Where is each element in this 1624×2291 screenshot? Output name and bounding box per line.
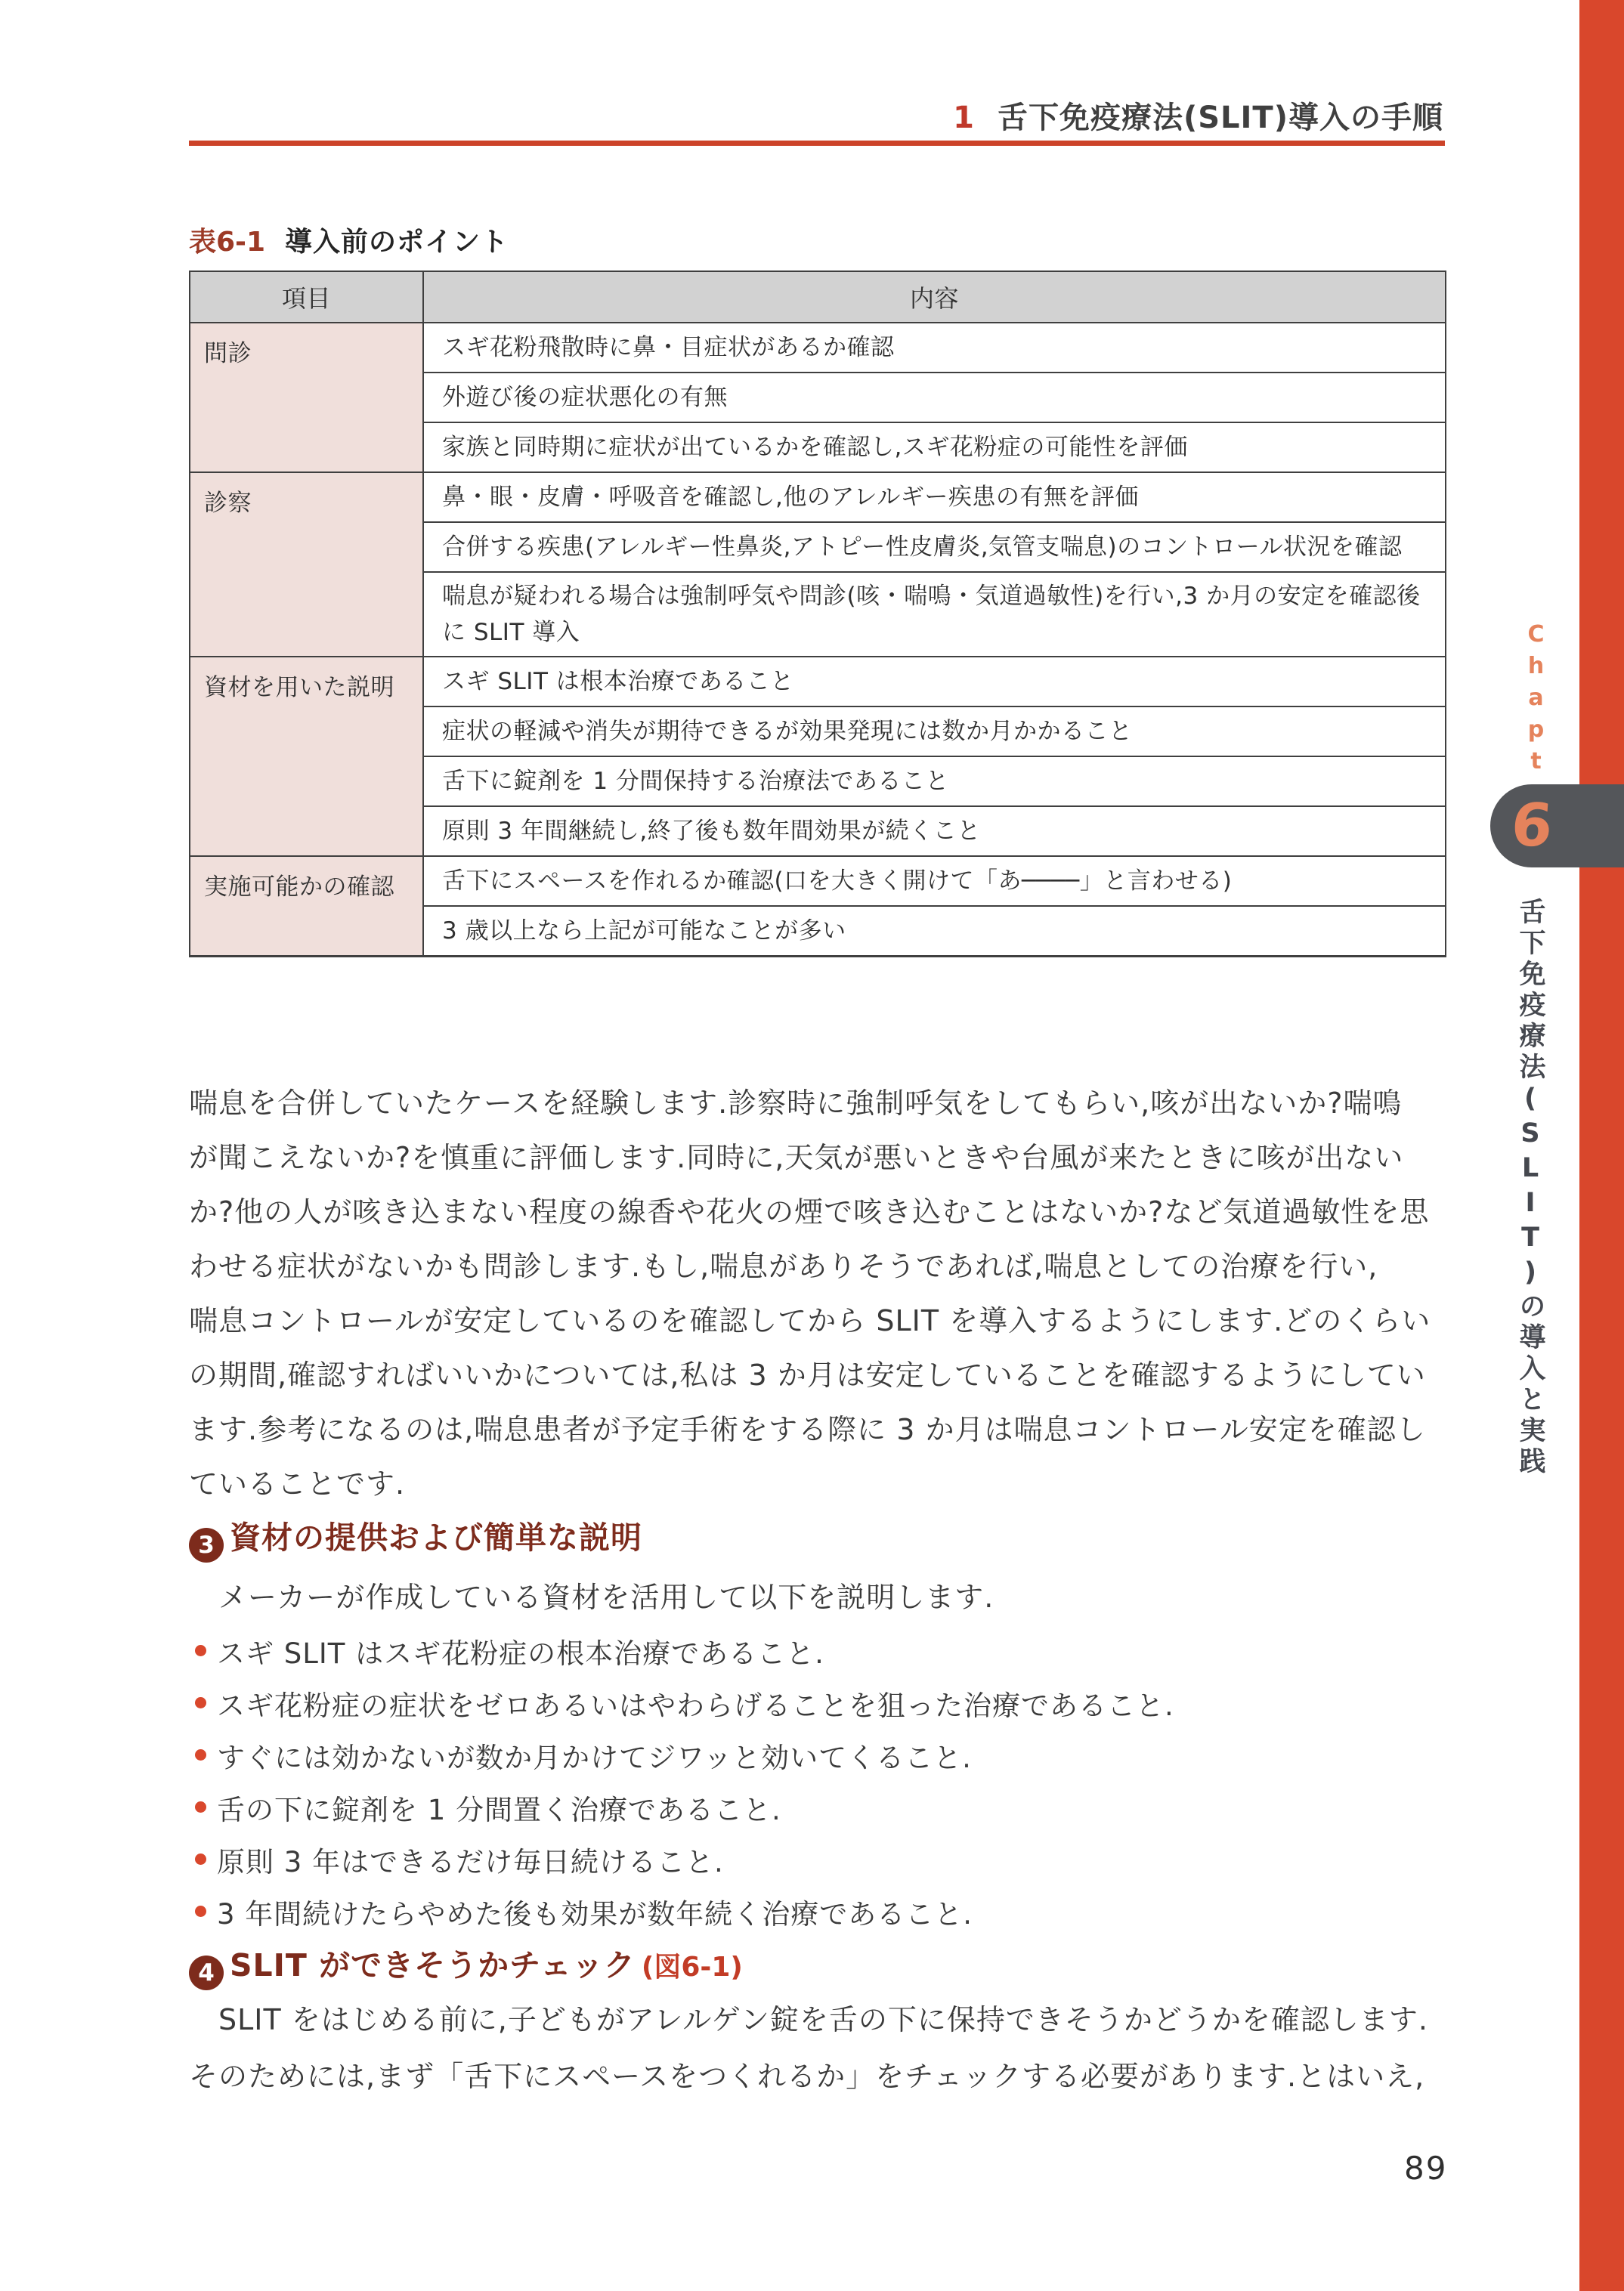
- list-item: スギ SLIT はスギ花粉症の根本治療であること.: [189, 1625, 1451, 1677]
- bullet-list: スギ SLIT はスギ花粉症の根本治療であること. スギ花粉症の症状をゼロあるい…: [189, 1625, 1451, 1937]
- section-heading-4: 4SLIT ができそうかチェック(図6-1): [189, 1940, 743, 1990]
- table-cell: 鼻・眼・皮膚・呼吸音を確認し,他のアレルギー疾患の有無を評価: [423, 472, 1446, 522]
- bullet-text: 原則 3 年はできるだけ毎日続けること.: [217, 1839, 724, 1880]
- row-group-label: 問診: [190, 323, 423, 472]
- table-row: 問診 スギ花粉飛散時に鼻・目症状があるか確認: [190, 323, 1446, 373]
- table-cell: 3 歳以上なら上記が可能なことが多い: [423, 906, 1446, 956]
- section-4-title: SLIT ができそうかチェック: [230, 1947, 636, 1983]
- list-item: すぐには効かないが数か月かけてジワッと効いてくること.: [189, 1729, 1451, 1781]
- table-cell: 合併する疾患(アレルギー性鼻炎,アトピー性皮膚炎,気管支喘息)のコントロール状況…: [423, 522, 1446, 572]
- table-cell: 舌下に錠剤を 1 分間保持する治療法であること: [423, 756, 1446, 806]
- row-group-label: 資材を用いた説明: [190, 657, 423, 856]
- chapter-edge-bar: [1579, 0, 1624, 2291]
- paragraph-line: 喘息を合併していたケースを経験します.診察時に強制呼気をしてもらい,咳が出ないか…: [189, 1076, 1451, 1130]
- table-cell: 喘息が疑われる場合は強制呼気や問診(咳・喘鳴・気道過敏性)を行い,3 か月の安定…: [423, 572, 1446, 657]
- bullet-text: 3 年間続けたらやめた後も効果が数年続く治療であること.: [217, 1891, 973, 1932]
- table-caption-title: 導入前のポイント: [285, 227, 509, 258]
- circled-number-3-icon: 3: [189, 1528, 224, 1563]
- bullet-text: すぐには効かないが数か月かけてジワッと効いてくること.: [217, 1735, 972, 1776]
- paragraph-line: SLIT をはじめる前に,子どもがアレルゲン錠を舌の下に保持できそうかどうかを確…: [189, 1992, 1451, 2048]
- paragraph-line: 喘息コントロールが安定しているのを確認してから SLIT を導入するようにします…: [189, 1294, 1451, 1348]
- paragraph-line: わせる症状がないかも問診します.もし,喘息がありそうであれば,喘息としての治療を…: [189, 1239, 1451, 1294]
- chapter-vertical-title: 舌下免疫療法(SLIT)の導入と実践: [1511, 898, 1549, 1478]
- circled-number-4-icon: 4: [189, 1956, 224, 1990]
- bullet-dot-icon: [195, 1801, 206, 1813]
- column-header-content: 内容: [423, 271, 1446, 323]
- column-header-item: 項目: [190, 271, 423, 323]
- bullet-dot-icon: [195, 1697, 206, 1708]
- row-group-label: 診察: [190, 472, 423, 657]
- bullet-dot-icon: [195, 1906, 206, 1917]
- figure-reference: (図6-1): [642, 1952, 743, 1983]
- book-page: 1舌下免疫療法(SLIT)導入の手順 表6-1導入前のポイント 項目 内容 問診…: [0, 0, 1624, 2291]
- running-head-number: 1: [953, 100, 975, 135]
- table-cell: 外遊び後の症状悪化の有無: [423, 373, 1446, 422]
- row-group-label: 実施可能かの確認: [190, 856, 423, 956]
- bullet-text: 舌の下に錠剤を 1 分間置く治療であること.: [217, 1787, 781, 1828]
- body-paragraph: 喘息を合併していたケースを経験します.診察時に強制呼気をしてもらい,咳が出ないか…: [189, 1076, 1451, 1511]
- bullet-dot-icon: [195, 1749, 206, 1761]
- list-item: 原則 3 年はできるだけ毎日続けること.: [189, 1833, 1451, 1885]
- paragraph-line: の期間,確認すればいいかについては,私は 3 か月は安定していることを確認するよ…: [189, 1348, 1451, 1402]
- paragraph-line: ます.参考になるのは,喘息患者が予定手術をする際に 3 か月は喘息コントロール安…: [189, 1402, 1451, 1457]
- section-heading-3: 3資材の提供および簡単な説明: [189, 1513, 642, 1563]
- list-item: スギ花粉症の症状をゼロあるいはやわらげることを狙った治療であること.: [189, 1677, 1451, 1729]
- table-caption-label: 表6-1: [189, 227, 265, 258]
- table-cell: 原則 3 年間継続し,終了後も数年間効果が続くこと: [423, 806, 1446, 856]
- page-number: 89: [1404, 2150, 1447, 2187]
- list-item: 3 年間続けたらやめた後も効果が数年続く治療であること.: [189, 1885, 1451, 1937]
- header-rule: [189, 141, 1445, 146]
- paragraph-line: そのためには,まず「舌下にスペースをつくれるか」をチェックする必要があります.と…: [189, 2048, 1451, 2105]
- table-row: 資材を用いた説明 スギ SLIT は根本治療であること: [190, 657, 1446, 706]
- table-cell: スギ花粉飛散時に鼻・目症状があるか確認: [423, 323, 1446, 373]
- table-row: 診察 鼻・眼・皮膚・呼吸音を確認し,他のアレルギー疾患の有無を評価: [190, 472, 1446, 522]
- running-head: 1舌下免疫療法(SLIT)導入の手順: [953, 94, 1443, 137]
- table-cell: スギ SLIT は根本治療であること: [423, 657, 1446, 706]
- table-caption: 表6-1導入前のポイント: [189, 221, 509, 259]
- section-3-title: 資材の提供および簡単な説明: [230, 1520, 642, 1556]
- table-cell: 家族と同時期に症状が出ているかを確認し,スギ花粉症の可能性を評価: [423, 422, 1446, 472]
- paragraph-line: ていることです.: [189, 1457, 1451, 1511]
- list-item: 舌の下に錠剤を 1 分間置く治療であること.: [189, 1781, 1451, 1833]
- closing-paragraph: SLIT をはじめる前に,子どもがアレルゲン錠を舌の下に保持できそうかどうかを確…: [189, 1992, 1451, 2105]
- table-header-row: 項目 内容: [190, 271, 1446, 323]
- bullet-text: スギ SLIT はスギ花粉症の根本治療であること.: [217, 1631, 824, 1671]
- running-head-title: 舌下免疫療法(SLIT)導入の手順: [998, 100, 1443, 135]
- section-3-intro: メーカーが作成している資材を活用して以下を説明します.: [189, 1573, 1480, 1622]
- bullet-dot-icon: [195, 1645, 206, 1656]
- table-cell: 舌下にスペースを作れるか確認(口を大きく開けて「あ────」と言わせる): [423, 856, 1446, 906]
- table-row: 実施可能かの確認 舌下にスペースを作れるか確認(口を大きく開けて「あ────」と…: [190, 856, 1446, 906]
- chapter-number: 6: [1488, 792, 1555, 860]
- bullet-text: スギ花粉症の症状をゼロあるいはやわらげることを狙った治療であること.: [217, 1683, 1174, 1724]
- pre-introduction-points-table: 項目 内容 問診 スギ花粉飛散時に鼻・目症状があるか確認 外遊び後の症状悪化の有…: [189, 271, 1446, 957]
- chapter-number-tab: 6: [1490, 784, 1624, 867]
- paragraph-line: が聞こえないか?を慎重に評価します.同時に,天気が悪いときや台風が来たときに咳が…: [189, 1130, 1451, 1185]
- paragraph-line: か?他の人が咳き込まない程度の線香や花火の煙で咳き込むことはないか?など気道過敏…: [189, 1185, 1451, 1239]
- table-cell: 症状の軽減や消失が期待できるが効果発現には数か月かかること: [423, 706, 1446, 756]
- bullet-dot-icon: [195, 1854, 206, 1865]
